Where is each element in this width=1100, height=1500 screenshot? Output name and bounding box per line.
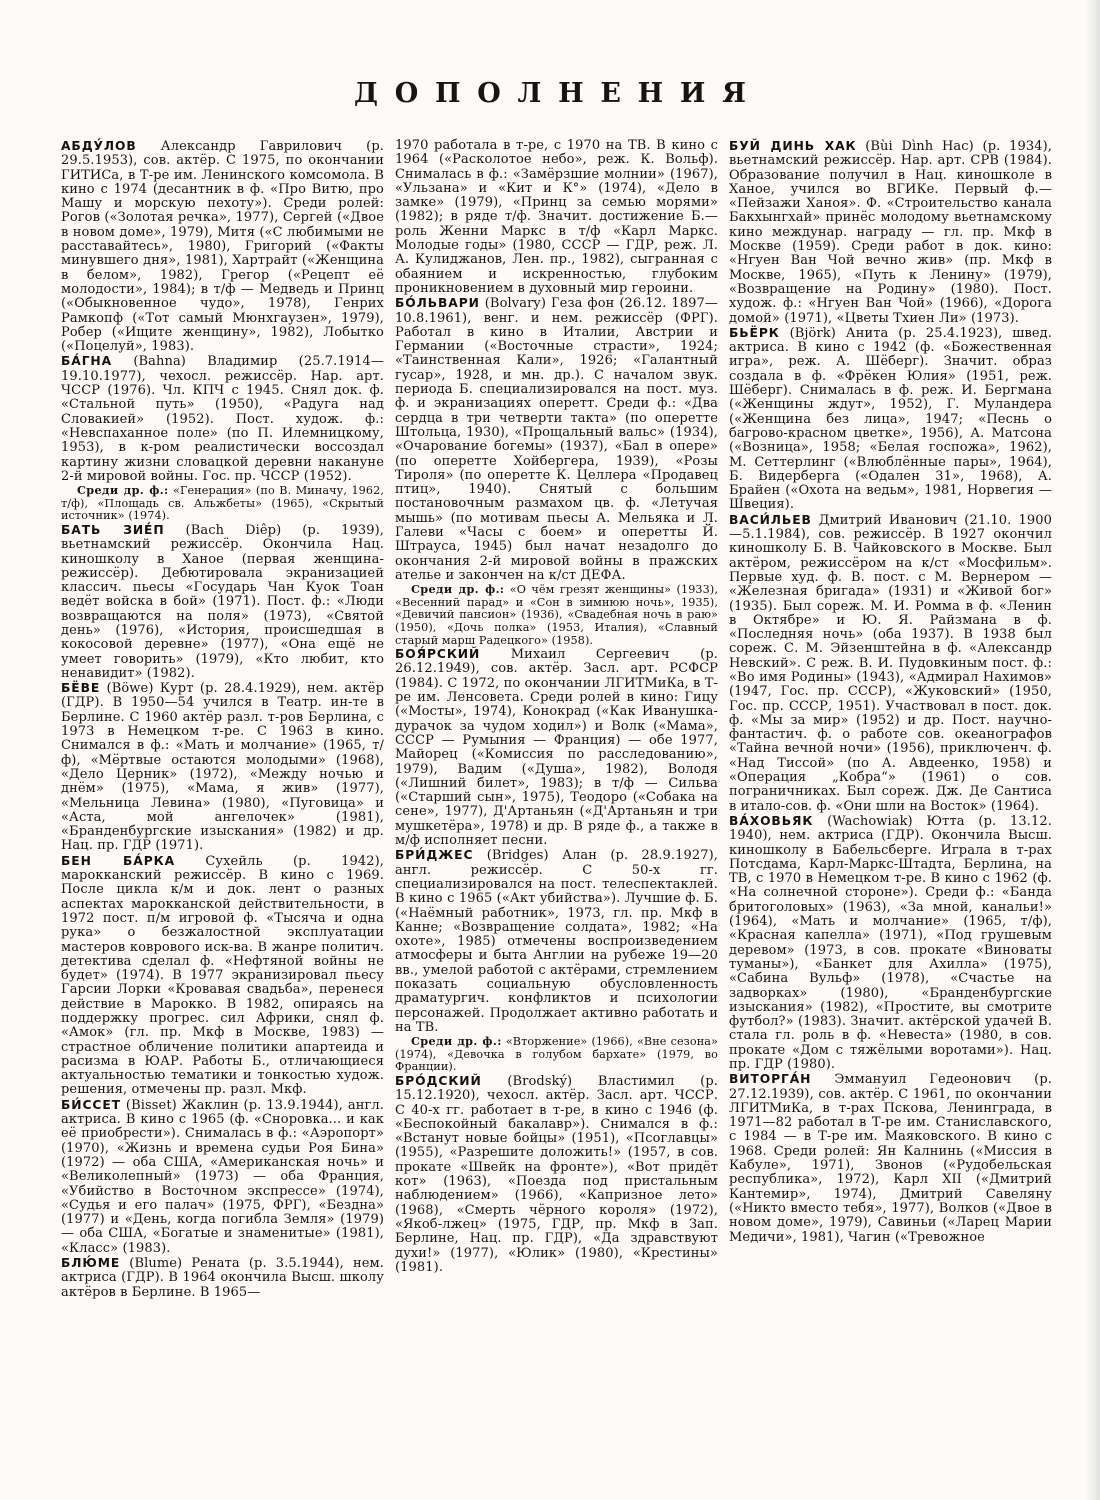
entry-headword: БЛЮ́МЕ	[61, 1256, 120, 1270]
entry-brodsky: БРО́ДСКИЙ (Brodský) Властимил (р. 15.12.…	[395, 1074, 718, 1275]
entry-headword: ВИТОРГА́Н	[729, 1072, 811, 1086]
entry-blume: БЛЮ́МЕ (Blume) Рената (р. 3.5.1944), нем…	[61, 1256, 384, 1300]
entry-headword: БЕН БА́РКА	[61, 854, 175, 868]
entry-headword: БИ́ССЕТ	[61, 1098, 121, 1112]
entry-bat-ziep: БАТЬ ЗИЕ́П (Bach Diêp) (р. 1939), вьетна…	[61, 523, 384, 681]
entry-vasilyev: ВАСИ́ЛЬЕВ Дмитрий Иванович (21.10. 1900—…	[729, 513, 1052, 814]
entry-bridges: БРИ́ДЖЕС (Bridges) Алан (р. 28.9.1927), …	[395, 848, 718, 1035]
entry-headword: БО́ЛЬВАРИ	[395, 296, 480, 310]
text-columns: АБДУ́ЛОВ Александр Гаврилович (р. 29.5.1…	[0, 139, 1100, 1300]
entry-headword: ВАСИ́ЛЬЕВ	[729, 513, 812, 527]
entry-headword: ВА́ХОВЬЯК	[729, 814, 813, 828]
entry-wachowiak: ВА́ХОВЬЯК (Wachowiak) Ютта (р. 13.12. 19…	[729, 814, 1052, 1072]
entry-abdulov: АБДУ́ЛОВ Александр Гаврилович (р. 29.5.1…	[61, 139, 384, 354]
entry-headword: БАТЬ ЗИЕ́П	[61, 523, 165, 537]
entry-headword: БА́ГНА	[61, 354, 112, 368]
entry-vitorgan: ВИТОРГА́Н Эммануил Гедеонович (р. 27.12.…	[729, 1072, 1052, 1245]
entry-boewe: БЁВЕ (Böwe) Курт (р. 28.4.1929), нем. ак…	[61, 681, 384, 854]
entry-headword: БЁВЕ	[61, 681, 100, 695]
encyclopedia-page: ДОПОЛНЕНИЯ АБДУ́ЛОВ Александр Гаврилович…	[0, 0, 1100, 1500]
text-column-2: 1970 работала в т-ре, с 1970 на ТВ. В ки…	[395, 139, 718, 1275]
entry-headword: АБДУ́ЛОВ	[61, 139, 137, 153]
entry-bui-dinh-hac: БУЙ ДИНЬ ХАК (Bùi Dình Hac) (р. 1934), в…	[729, 139, 1052, 326]
entry-headword: БРО́ДСКИЙ	[395, 1074, 482, 1088]
entry-headword: БЬЁРК	[729, 326, 780, 340]
filmography-label: Среди др. ф.:	[411, 1034, 502, 1048]
filmography-label: Среди др. ф.:	[77, 483, 169, 497]
filmography-bolvary: Среди др. ф.: «О чём грезят женщины» (19…	[395, 583, 718, 647]
continuation-blume: 1970 работала в т-ре, с 1970 на ТВ. В ки…	[395, 139, 718, 296]
entry-bagna: БА́ГНА (Bahna) Владимир (25.7.1914—19.10…	[61, 354, 384, 484]
entry-headword: БОЯ́РСКИЙ	[395, 647, 480, 661]
filmography-bagna: Среди др. ф.: «Генерация» (по В. Миначу,…	[61, 484, 384, 523]
entry-bolvary: БО́ЛЬВАРИ (Bolvary) Геза фон (26.12. 189…	[395, 296, 718, 583]
entry-headword: БУЙ ДИНЬ ХАК	[729, 139, 856, 153]
filmography-label: Среди др. ф.:	[411, 582, 504, 596]
filmography-bridges: Среди др. ф.: «Вторжение» (1966), «Вне с…	[395, 1035, 718, 1074]
entry-bisset: БИ́ССЕТ (Bisset) Жаклин (р. 13.9.1944), …	[61, 1098, 384, 1256]
text-column-1: АБДУ́ЛОВ Александр Гаврилович (р. 29.5.1…	[61, 139, 384, 1300]
entry-boyarsky: БОЯ́РСКИЙ Михаил Сергеевич (р. 26.12.194…	[395, 647, 718, 848]
entry-headword: БРИ́ДЖЕС	[395, 848, 473, 862]
text-column-3: БУЙ ДИНЬ ХАК (Bùi Dình Hac) (р. 1934), в…	[729, 139, 1052, 1245]
entry-bjork: БЬЁРК (Björk) Анита (р. 25.4.1923), швед…	[729, 326, 1052, 513]
page-title: ДОПОЛНЕНИЯ	[0, 78, 1100, 109]
entry-ben-barka: БЕН БА́РКА Сухейль (р. 1942), марокканск…	[61, 854, 384, 1098]
